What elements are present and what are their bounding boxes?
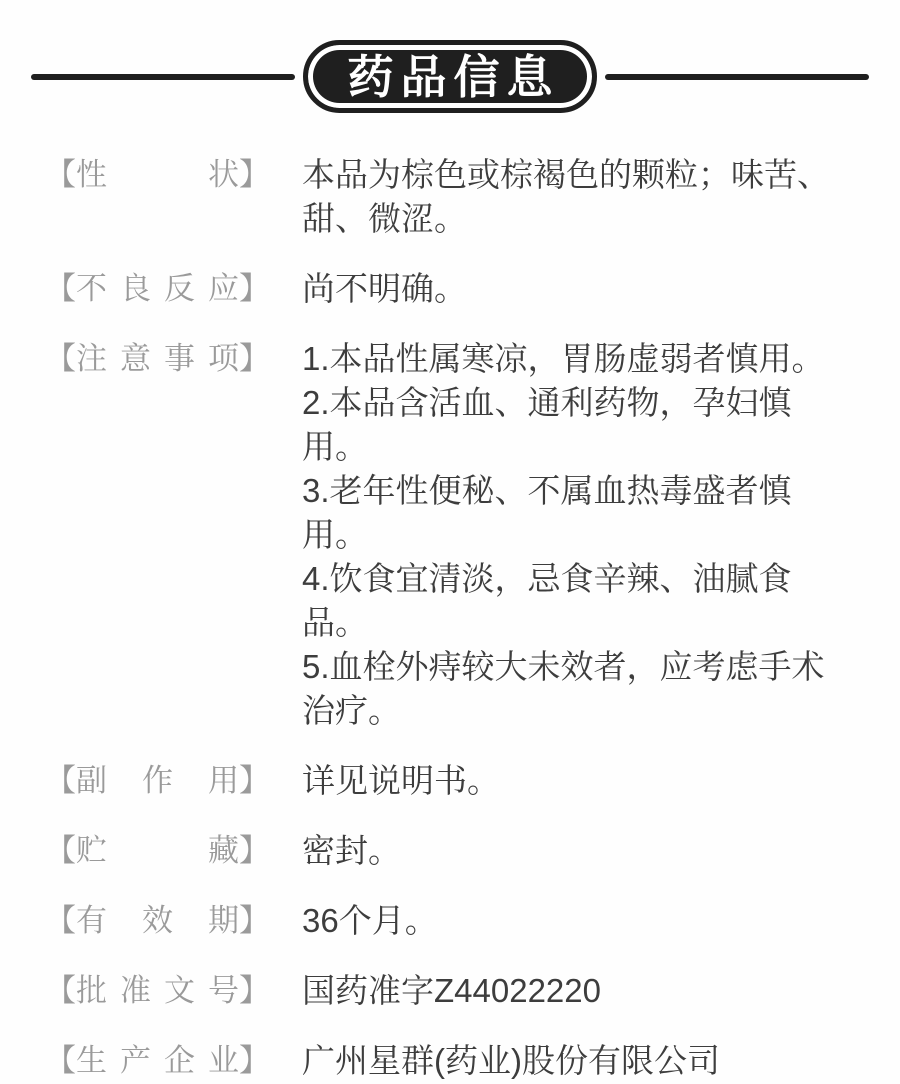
section-adverse-reactions: 【不良反应】 尚不明确。 — [45, 267, 900, 311]
section-value: 36个月。 — [302, 899, 848, 943]
drug-info-panel: 药品信息 【性状】 本品为棕色或棕褐色的颗粒；味苦、甜、微涩。 【不良反应】 尚… — [0, 0, 900, 1084]
section-header: 药品信息 — [0, 40, 900, 113]
section-value: 国药准字Z44022220 — [302, 969, 848, 1013]
precaution-item: 3.老年性便秘、不属血热毒盛者慎用。 — [302, 469, 848, 557]
section-shelf-life: 【有效期】 36个月。 — [45, 899, 900, 943]
section-value: 广州星群(药业)股份有限公司 — [302, 1039, 848, 1083]
section-character: 【性状】 本品为棕色或棕褐色的颗粒；味苦、甜、微涩。 — [45, 153, 900, 241]
section-label: 【注意事项】 — [45, 337, 270, 381]
drug-info-badge: 药品信息 — [303, 40, 597, 113]
section-side-effects: 【副作用】 详见说明书。 — [45, 759, 900, 803]
header-divider-left — [31, 74, 295, 80]
section-value: 详见说明书。 — [302, 759, 848, 803]
header-divider-right — [605, 74, 869, 80]
section-precautions: 【注意事项】 1.本品性属寒凉，胃肠虚弱者慎用。 2.本品含活血、通利药物，孕妇… — [45, 337, 900, 733]
section-label: 【不良反应】 — [45, 267, 270, 311]
page-title: 药品信息 — [341, 54, 560, 100]
precaution-item: 5.血栓外痔较大未效者，应考虑手术治疗。 — [302, 645, 848, 733]
precaution-item: 1.本品性属寒凉，胃肠虚弱者慎用。 — [302, 337, 848, 381]
section-label: 【批准文号】 — [45, 969, 270, 1013]
section-value: 密封。 — [302, 829, 848, 873]
section-label: 【性状】 — [45, 153, 270, 197]
section-label: 【贮藏】 — [45, 829, 270, 873]
section-label: 【副作用】 — [45, 759, 270, 803]
precaution-item: 2.本品含活血、通利药物，孕妇慎用。 — [302, 381, 848, 469]
section-label: 【有效期】 — [45, 899, 270, 943]
section-value: 本品为棕色或棕褐色的颗粒；味苦、甜、微涩。 — [302, 153, 848, 241]
section-label: 【生产企业】 — [45, 1039, 270, 1083]
section-approval-number: 【批准文号】 国药准字Z44022220 — [45, 969, 900, 1013]
section-storage: 【贮藏】 密封。 — [45, 829, 900, 873]
section-manufacturer: 【生产企业】 广州星群(药业)股份有限公司 — [45, 1039, 900, 1083]
precaution-item: 4.饮食宜清淡，忌食辛辣、油腻食品。 — [302, 557, 848, 645]
section-value: 尚不明确。 — [302, 267, 848, 311]
info-list: 【性状】 本品为棕色或棕褐色的颗粒；味苦、甜、微涩。 【不良反应】 尚不明确。 … — [0, 153, 900, 1083]
section-value: 1.本品性属寒凉，胃肠虚弱者慎用。 2.本品含活血、通利药物，孕妇慎用。 3.老… — [302, 337, 848, 733]
